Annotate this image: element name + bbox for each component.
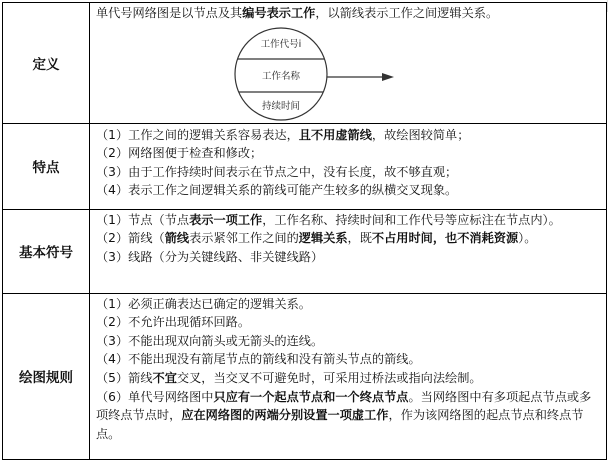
row-label-drawing-rules: 绘图规则 (3, 293, 90, 459)
text-segment: 单代号网络图是以节点及其 (96, 6, 242, 20)
drawing-rules-content: （1）必须正确表达已确定的逻辑关系。 （2）不允许出现循环回路。 （3）不能出现… (90, 293, 607, 459)
table-row-drawing-rules: 绘图规则 （1）必须正确表达已确定的逻辑关系。 （2）不允许出现循环回路。 （3… (3, 293, 607, 459)
row-label-definition: 定义 (3, 3, 90, 124)
text-segment: 表示紧邻工作之间的 (189, 231, 299, 245)
node-circle: 工作代号i 工作名称 持续时间 (226, 28, 336, 120)
definition-content: 单代号网络图是以节点及其编号表示工作，以箭线表示工作之间逻辑关系。 工作代号i … (90, 3, 607, 124)
bold-segment: 表示一项工作 (189, 213, 262, 227)
text-segment: ，以箭线表示工作之间逻辑关系。 (315, 6, 498, 20)
rule-item-2: （2）不允许出现循环回路。 (96, 313, 600, 332)
bold-segment: 不占用时间，也不消耗资源 (372, 231, 518, 245)
bold-segment: 且不用虚箭线 (299, 128, 372, 142)
feature-item-2: （2）网络图便于检查和修改； (96, 144, 600, 163)
text-segment: （1）工作之间的逻辑关系容易表达， (96, 128, 299, 142)
bold-segment: 不宜 (153, 371, 177, 385)
text-segment: （6）单代号网络图中 (96, 390, 213, 404)
bold-segment: 箭线 (165, 231, 189, 245)
feature-item-1: （1）工作之间的逻辑关系容易表达，且不用虚箭线，故绘图较简单； (96, 126, 600, 145)
text-segment: （5）箭线 (96, 371, 153, 385)
node-middle-label: 工作名称 (262, 70, 301, 82)
bold-segment: 只应有一个起点节点和一个终点节点 (213, 390, 408, 404)
scroll-indicator (607, 0, 612, 12)
text-segment: ，既 (348, 231, 372, 245)
node-top-label: 工作代号i (261, 38, 302, 50)
node-bottom-label: 持续时间 (262, 100, 300, 112)
rule-item-5: （5）箭线不宜交叉，当交叉不可避免时，可采用过桥法或指向法绘制。 (96, 369, 600, 388)
rule-item-1: （1）必须正确表达已确定的逻辑关系。 (96, 295, 600, 314)
table-row-definition: 定义 单代号网络图是以节点及其编号表示工作，以箭线表示工作之间逻辑关系。 工作代… (3, 3, 607, 124)
symbol-item-1: （1）节点（节点表示一项工作，工作名称、持续时间和工作代号等应标注在节点内）。 (96, 211, 600, 230)
symbol-item-2: （2）箭线（箭线表示紧邻工作之间的逻辑关系，既不占用时间，也不消耗资源）。 (96, 229, 600, 248)
rule-item-6: （6）单代号网络图中只应有一个起点节点和一个终点节点。当网络图中有多项起点节点或… (96, 388, 600, 444)
rule-item-4: （4）不能出现没有箭尾节点的箭线和没有箭头节点的箭线。 (96, 350, 600, 369)
row-label-features: 特点 (3, 123, 90, 209)
feature-item-3: （3）由于工作持续时间表示在节点之中，没有长度，故不够直观； (96, 163, 600, 182)
definition-text: 单代号网络图是以节点及其编号表示工作，以箭线表示工作之间逻辑关系。 (96, 4, 600, 23)
bold-segment: 逻辑关系 (299, 231, 348, 245)
row-label-basic-symbols: 基本符号 (3, 209, 90, 293)
single-code-network-table: 定义 单代号网络图是以节点及其编号表示工作，以箭线表示工作之间逻辑关系。 工作代… (2, 2, 607, 460)
text-segment: 交叉，当交叉不可避免时，可采用过桥法或指向法绘制。 (177, 371, 482, 385)
rule-item-3: （3）不能出现双向箭头或无箭头的连线。 (96, 332, 600, 351)
symbol-item-3: （3）线路（分为关键线路、非关键线路） (96, 248, 600, 267)
table-row-features: 特点 （1）工作之间的逻辑关系容易表达，且不用虚箭线，故绘图较简单； （2）网络… (3, 123, 607, 209)
text-segment: ，故绘图较简单； (372, 128, 470, 142)
arrow-right-icon (327, 73, 394, 81)
text-segment: ，工作名称、持续时间和工作代号等应标注在节点内）。 (262, 213, 561, 227)
bold-segment: 应在网络图的两端分别设置一项虚工作 (181, 408, 388, 422)
feature-item-4: （4）表示工作之间逻辑关系的箭线可能产生较多的纵横交叉现象。 (96, 181, 600, 200)
node-diagram-svg: 工作代号i 工作名称 持续时间 (96, 23, 596, 121)
features-content: （1）工作之间的逻辑关系容易表达，且不用虚箭线，故绘图较简单； （2）网络图便于… (90, 123, 607, 209)
text-segment: （1）节点（节点 (96, 213, 189, 227)
basic-symbols-content: （1）节点（节点表示一项工作，工作名称、持续时间和工作代号等应标注在节点内）。 … (90, 209, 607, 293)
table-row-basic-symbols: 基本符号 （1）节点（节点表示一项工作，工作名称、持续时间和工作代号等应标注在节… (3, 209, 607, 293)
text-segment: （2）箭线（ (96, 231, 165, 245)
text-segment: ）。 (518, 231, 536, 245)
node-diagram: 工作代号i 工作名称 持续时间 (96, 23, 600, 121)
bold-segment: 编号表示工作 (242, 6, 315, 20)
